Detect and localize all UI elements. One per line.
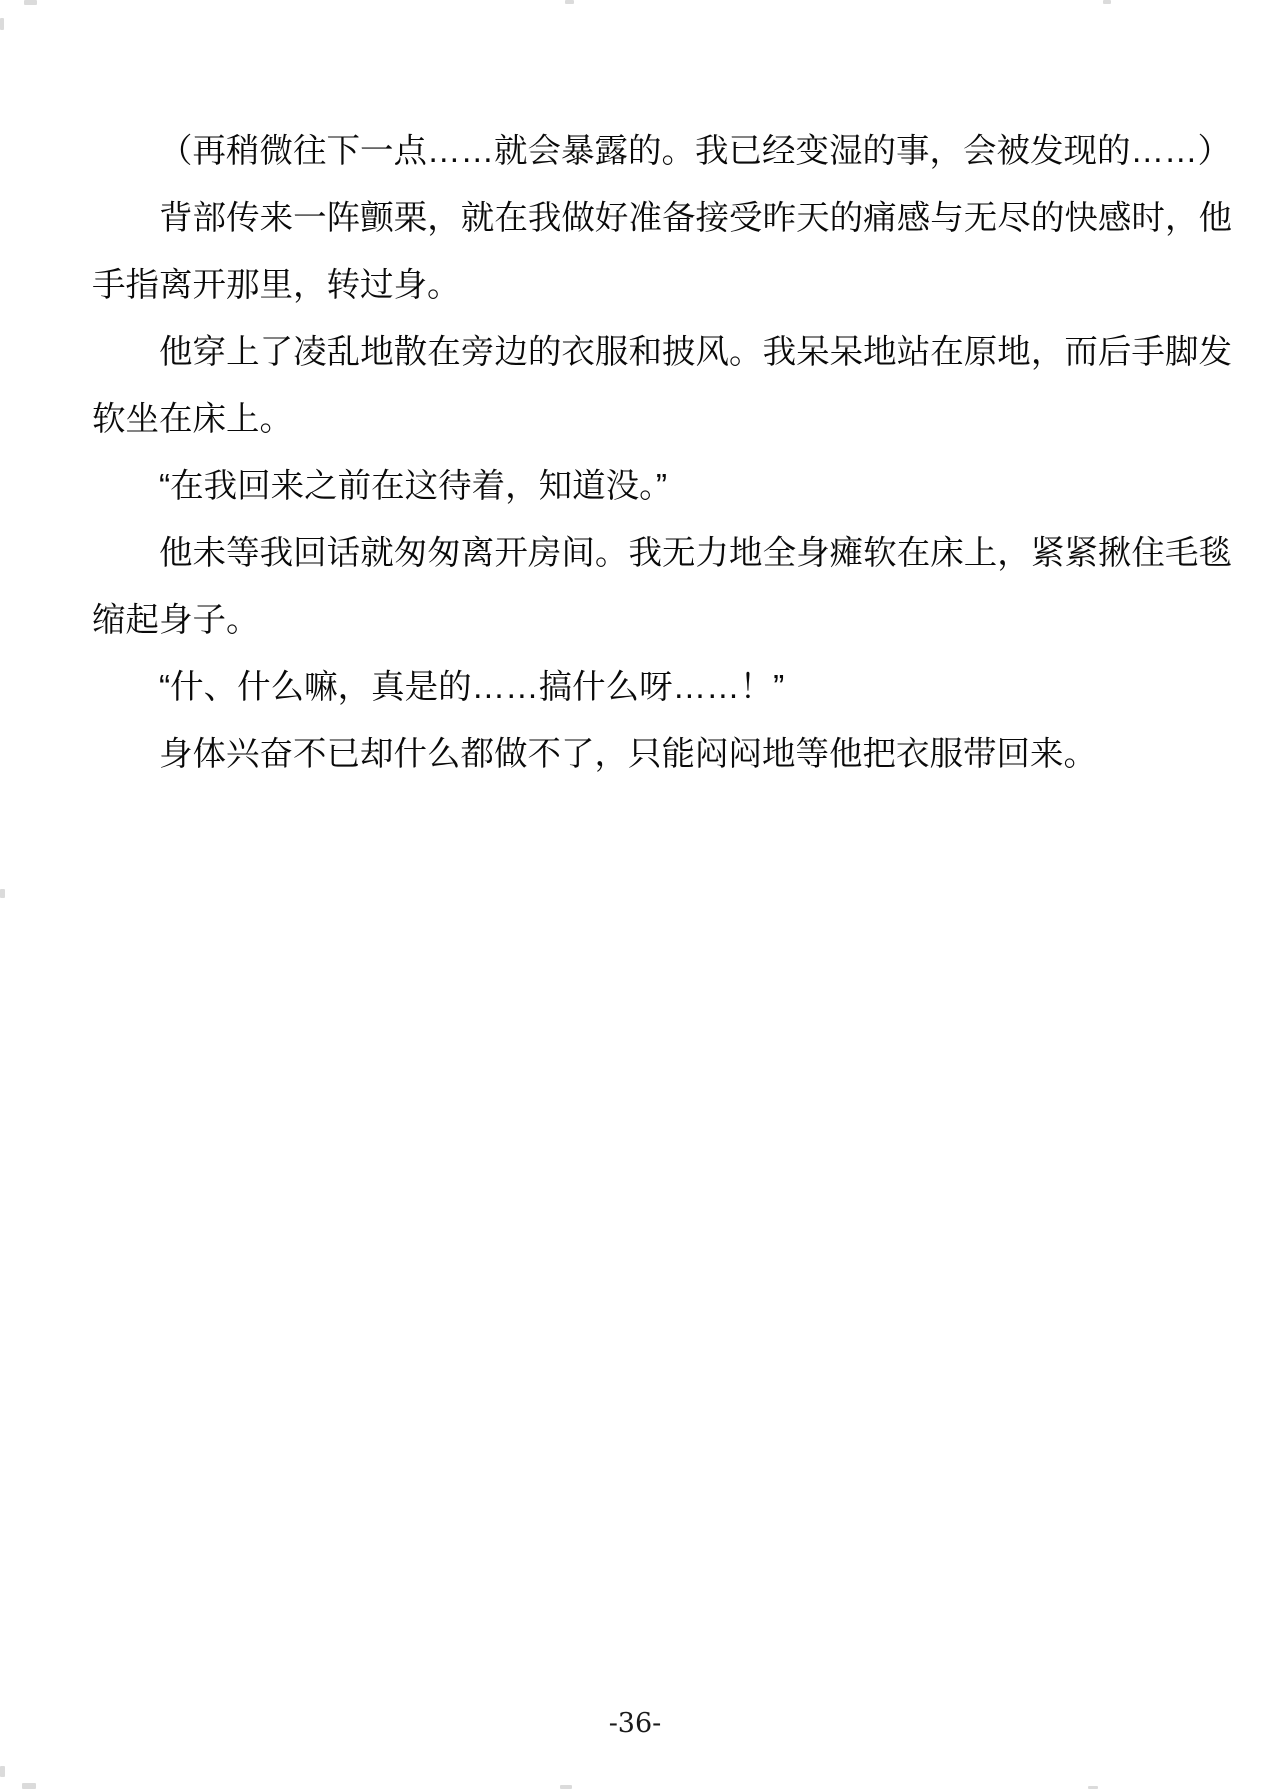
paragraph-inner-monologue: （再稍微往下一点……就会暴露的。我已经变湿的事，会被发现的……） bbox=[92, 118, 1232, 185]
paragraph: 身体兴奋不已却什么都做不了，只能闷闷地等他把衣服带回来。 bbox=[92, 721, 1232, 788]
scan-artifact bbox=[560, 1785, 572, 1789]
scan-artifact bbox=[22, 1783, 36, 1789]
scan-artifact bbox=[24, 0, 37, 5]
paragraph: 背部传来一阵颤栗，就在我做好准备接受昨天的痛感与无尽的快感时，他手指离开那里，转… bbox=[92, 185, 1232, 319]
scan-artifact bbox=[565, 0, 574, 4]
paragraph-dialogue: “在我回来之前在这待着，知道没。” bbox=[92, 453, 1232, 520]
scan-artifact bbox=[0, 1766, 5, 1777]
paragraph-dialogue: “什、什么嘛，真是的……搞什么呀……！” bbox=[92, 654, 1232, 721]
paragraph: 他未等我回话就匆匆离开房间。我无力地全身瘫软在床上，紧紧揪住毛毯缩起身子。 bbox=[92, 520, 1232, 654]
paragraph: 他穿上了凌乱地散在旁边的衣服和披风。我呆呆地站在原地，而后手脚发软坐在床上。 bbox=[92, 319, 1232, 453]
scan-artifact bbox=[0, 889, 5, 898]
scan-artifact bbox=[0, 18, 4, 30]
document-page: （再稍微往下一点……就会暴露的。我已经变湿的事，会被发现的……） 背部传来一阵颤… bbox=[0, 0, 1280, 1789]
scan-artifact bbox=[1103, 0, 1111, 4]
body-text: （再稍微往下一点……就会暴露的。我已经变湿的事，会被发现的……） 背部传来一阵颤… bbox=[92, 118, 1232, 788]
page-number: -36- bbox=[0, 1708, 1270, 1739]
